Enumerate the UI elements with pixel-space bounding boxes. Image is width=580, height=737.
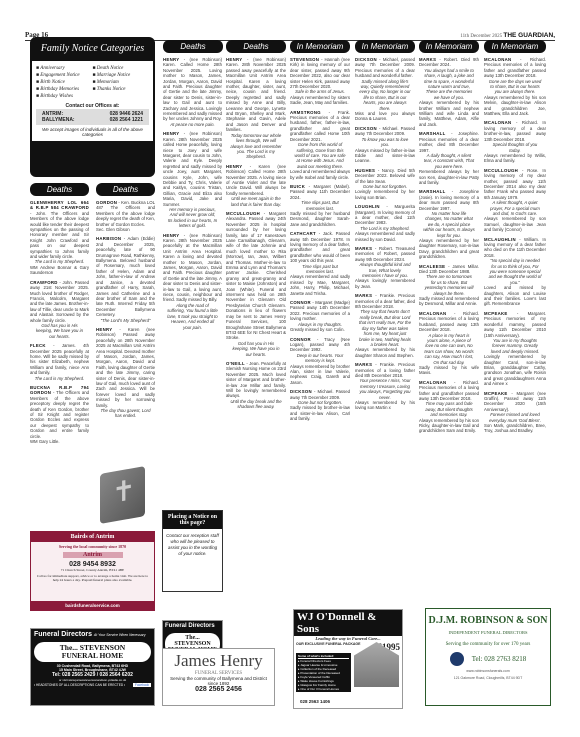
memoriam-heading: In Memoriam [419, 40, 479, 53]
ballymena-phone[interactable]: 028 2564 1221 [110, 117, 143, 123]
categories-title: Family Notice Categories [30, 43, 155, 54]
memoriam-heading: In Memoriam [290, 40, 350, 53]
contact-box: Contact our Offices at: ANTRIM:028 9446 … [32, 101, 153, 141]
notice-column: HENRY - (nee Robinson) Karen. Called Hom… [163, 57, 222, 330]
odonnell-ad[interactable]: WJ O'Donnell & Sons Leading the way in F… [293, 609, 403, 709]
category-item: Death Notice [93, 66, 150, 71]
category-item: Birthday Wishes [36, 94, 93, 99]
james-henry-phone[interactable]: 028 2565 2456 [163, 686, 274, 693]
notice-column: HENRY - (nee Robinson) Karen. 28th Novem… [226, 57, 286, 410]
category-item: Marriage Notice [93, 73, 150, 78]
notice-column: MCALONAN - Richard. Precious memories of… [484, 57, 546, 434]
djm-phone[interactable]: Tel: 028 2763 8218 [472, 655, 527, 663]
deaths-heading: Deaths [30, 183, 89, 196]
djm-robinson-ad[interactable]: D.J.M. ROBINSON & SON INDEPENDENT FUNERA… [425, 608, 551, 706]
category-item: Thanks Notice [93, 87, 150, 92]
notice-column: DICKSON - Michael, passed away 7th Decem… [355, 57, 415, 411]
bairds-phone[interactable]: 028 9454 8932 [31, 561, 154, 568]
bairds-ad[interactable]: Bairds of Antrim Serving the local commu… [30, 531, 155, 611]
placing-notice-box: Placing a Notice on this page? Contact o… [162, 510, 223, 592]
odonnell-phone[interactable]: 028 2563 1406 [298, 697, 332, 706]
james-henry-ad[interactable]: James Henry FUNERAL SERVICES Serving the… [162, 648, 275, 706]
crest-icon [450, 652, 464, 666]
facebook-icon[interactable]: Facebook [133, 683, 151, 687]
issue-date: 11th December 2025 THE GUARDIAN, [460, 32, 555, 39]
notice-column: STEVENSON - Hannah (nee Kirk) in loving … [290, 57, 350, 422]
category-list: AnniversaryDeath NoticeEngagement Notice… [32, 61, 153, 101]
category-item: Birth Notice [36, 80, 93, 85]
category-item: Birthday Memories [36, 87, 93, 92]
notice-column: GLENWHERRY LOL 664 & R.B.P 584 CRAWFORD … [30, 200, 89, 448]
notice-column: GORDON - Ken. Buckna LOL 487 The Officer… [96, 200, 155, 419]
family-notice-categories: Family Notice Categories AnniversaryDeat… [30, 37, 155, 177]
memoriam-heading: In Memoriam [355, 40, 415, 53]
category-item: Anniversary [36, 66, 93, 71]
bairds-website[interactable]: bairdsfuneralservice.com [31, 601, 154, 610]
package-item: ▸ One of Our 3 Funeral Homes [298, 687, 349, 691]
notice-column: MARKS - Robert. Died 9th December 2024.Y… [419, 57, 479, 434]
deaths-heading: Deaths [96, 183, 155, 196]
category-item: Memoriam [93, 80, 150, 85]
memoriam-heading: In Memoriam [484, 40, 546, 53]
stevenson-ad[interactable]: Funeral Directors At Your Service When N… [30, 628, 155, 706]
bible-image [100, 466, 145, 524]
category-item: Engagement Notice [36, 73, 93, 78]
deaths-heading: Deaths [163, 40, 223, 53]
deaths-heading: Deaths [226, 40, 286, 53]
